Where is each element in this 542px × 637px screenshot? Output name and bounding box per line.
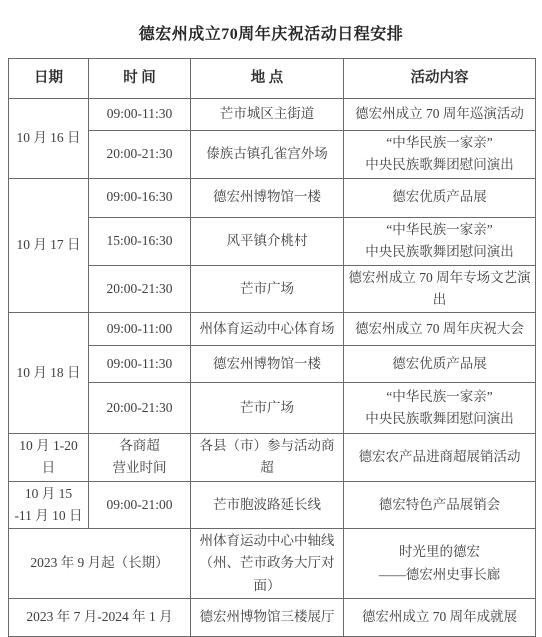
table-row: 09:00-11:30 德宏州博物馆一楼 德宏优质产品展 <box>9 346 536 383</box>
date-cell: 10 月 1-20 日 <box>9 434 89 482</box>
date-cell: 2023 年 9 月起（长期） <box>9 529 191 599</box>
table-row: 10 月 15 -11 月 10 日 09:00-21:00 芒市胞波路延长线 … <box>9 481 536 529</box>
activity-cell: 德宏州成立 70 周年成就展 <box>344 598 536 636</box>
date-cell: 10 月 18 日 <box>9 313 89 434</box>
time-cell: 15:00-16:30 <box>89 217 191 265</box>
table-row: 20:00-21:30 傣族古镇孔雀宫外场 “中华民族一家亲” 中央民族歌舞团慰… <box>9 131 536 179</box>
place-cell: 芒市广场 <box>191 383 344 434</box>
date-cell: 10 月 17 日 <box>9 178 89 313</box>
table-row: 10 月 18 日 09:00-11:00 州体育运动中心体育场 德宏州成立 7… <box>9 313 536 346</box>
page-title: 德宏州成立70周年庆祝活动日程安排 <box>0 0 542 44</box>
table-row: 2023 年 9 月起（长期） 州体育运动中心中轴线 （州、芒市政务大厅对面） … <box>9 529 536 599</box>
place-cell: 德宏州博物馆三楼展厅 <box>191 598 344 636</box>
activity-cell: “中华民族一家亲” 中央民族歌舞团慰问演出 <box>344 217 536 265</box>
table-row: 20:00-21:30 芒市广场 德宏州成立 70 周年专场文艺演出 <box>9 265 536 313</box>
activity-cell: 德宏州成立 70 周年巡演活动 <box>344 99 536 131</box>
time-cell: 20:00-21:30 <box>89 383 191 434</box>
time-cell: 20:00-21:30 <box>89 265 191 313</box>
place-cell: 芒市胞波路延长线 <box>191 481 344 529</box>
time-cell: 09:00-16:30 <box>89 178 191 217</box>
header-place: 地 点 <box>191 59 344 99</box>
time-cell: 09:00-11:30 <box>89 99 191 131</box>
place-cell: 州体育运动中心中轴线 （州、芒市政务大厅对面） <box>191 529 344 599</box>
header-content: 活动内容 <box>344 59 536 99</box>
place-cell: 州体育运动中心体育场 <box>191 313 344 346</box>
date-cell: 10 月 16 日 <box>9 99 89 179</box>
activity-cell: 德宏特色产品展销会 <box>344 481 536 529</box>
activity-cell: 德宏优质产品展 <box>344 178 536 217</box>
activity-cell: 德宏农产品进商超展销活动 <box>344 434 536 482</box>
table-row: 10 月 1-20 日 各商超 营业时间 各县（市）参与活动商超 德宏农产品进商… <box>9 434 536 482</box>
place-cell: 各县（市）参与活动商超 <box>191 434 344 482</box>
table-row: 10 月 16 日 09:00-11:30 芒市城区主街道 德宏州成立 70 周… <box>9 99 536 131</box>
activity-cell: “中华民族一家亲” 中央民族歌舞团慰问演出 <box>344 383 536 434</box>
activity-cell: “中华民族一家亲” 中央民族歌舞团慰问演出 <box>344 131 536 179</box>
time-cell: 20:00-21:30 <box>89 131 191 179</box>
place-cell: 傣族古镇孔雀宫外场 <box>191 131 344 179</box>
place-cell: 芒市城区主街道 <box>191 99 344 131</box>
date-cell: 10 月 15 -11 月 10 日 <box>9 481 89 529</box>
time-cell: 09:00-11:30 <box>89 346 191 383</box>
schedule-table: 日期 时 间 地 点 活动内容 10 月 16 日 09:00-11:30 芒市… <box>8 58 536 637</box>
schedule-page: 德宏州成立70周年庆祝活动日程安排 日期 时 间 地 点 活动内容 10 月 1… <box>0 0 542 600</box>
header-row: 日期 时 间 地 点 活动内容 <box>9 59 536 99</box>
date-cell: 2023 年 7 月-2024 年 1 月 <box>9 598 191 636</box>
table-row: 2023 年 7 月-2024 年 1 月 德宏州博物馆三楼展厅 德宏州成立 7… <box>9 598 536 636</box>
time-cell: 各商超 营业时间 <box>89 434 191 482</box>
time-cell: 09:00-11:00 <box>89 313 191 346</box>
table-row: 20:00-21:30 芒市广场 “中华民族一家亲” 中央民族歌舞团慰问演出 <box>9 383 536 434</box>
activity-cell: 时光里的德宏 ——德宏州史事长廊 <box>344 529 536 599</box>
header-time: 时 间 <box>89 59 191 99</box>
header-date: 日期 <box>9 59 89 99</box>
place-cell: 德宏州博物馆一楼 <box>191 346 344 383</box>
time-cell: 09:00-21:00 <box>89 481 191 529</box>
place-cell: 芒市广场 <box>191 265 344 313</box>
activity-cell: 德宏优质产品展 <box>344 346 536 383</box>
activity-cell: 德宏州成立 70 周年专场文艺演出 <box>344 265 536 313</box>
place-cell: 德宏州博物馆一楼 <box>191 178 344 217</box>
place-cell: 风平镇介桃村 <box>191 217 344 265</box>
table-row: 15:00-16:30 风平镇介桃村 “中华民族一家亲” 中央民族歌舞团慰问演出 <box>9 217 536 265</box>
activity-cell: 德宏州成立 70 周年庆祝大会 <box>344 313 536 346</box>
table-row: 10 月 17 日 09:00-16:30 德宏州博物馆一楼 德宏优质产品展 <box>9 178 536 217</box>
